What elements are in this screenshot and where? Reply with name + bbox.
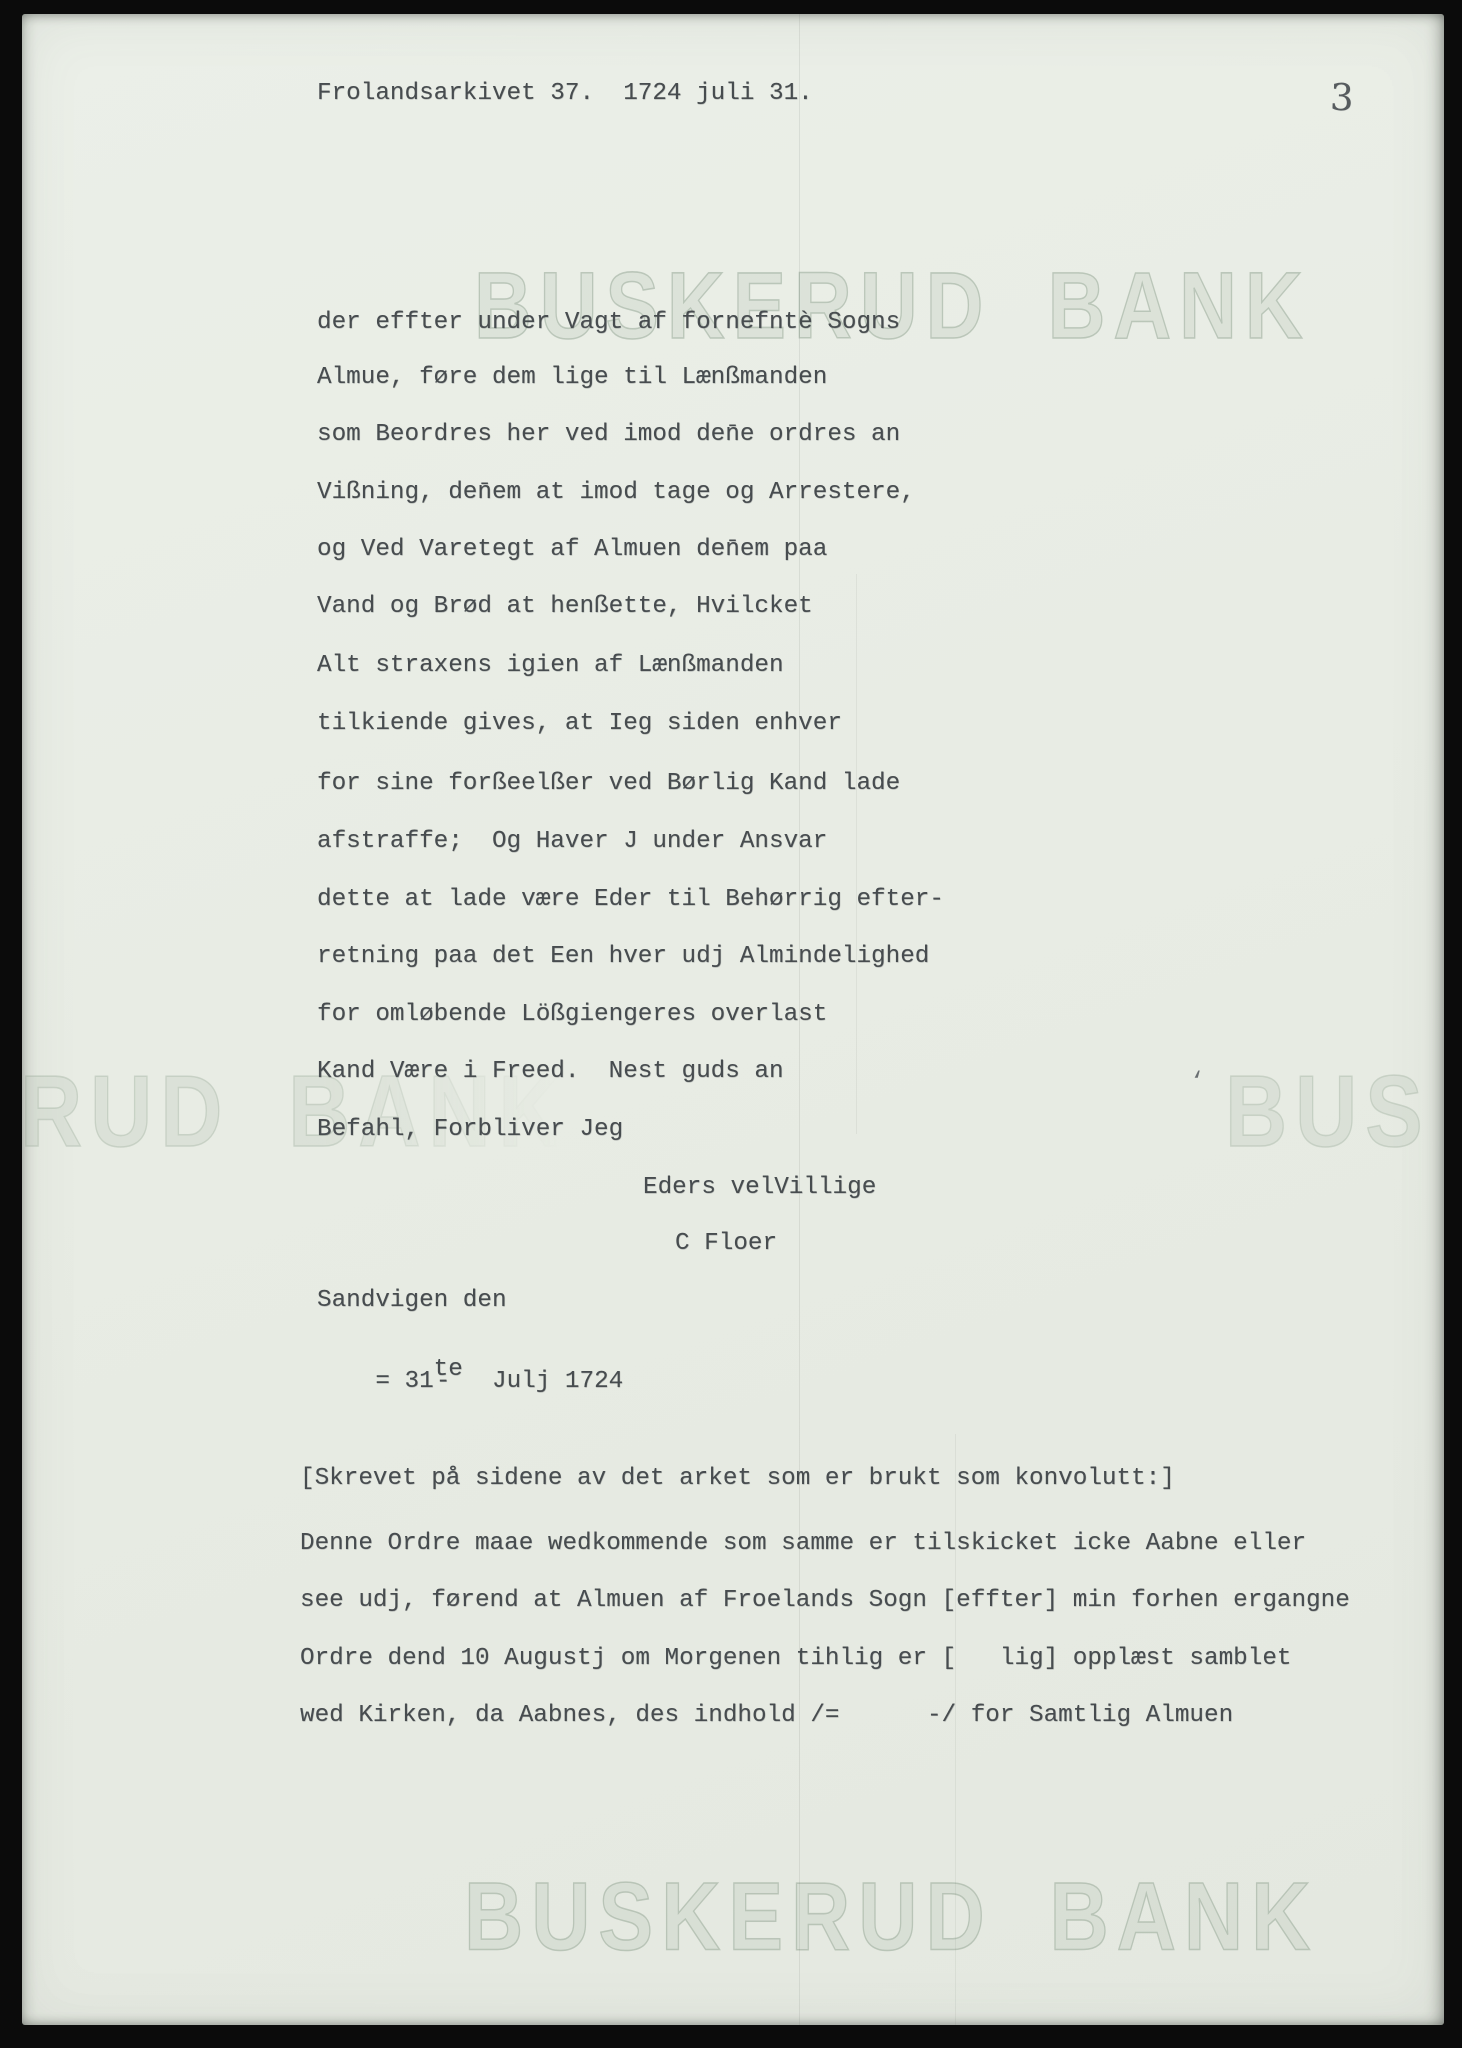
letter-line: Almue, føre dem lige til Lænßmanden bbox=[317, 365, 827, 391]
signoff-line: Eders velVillige bbox=[643, 1175, 876, 1201]
letter-line: Befahl, Forbliver Jeg bbox=[317, 1117, 623, 1143]
place-line: Sandvigen den bbox=[317, 1288, 507, 1314]
page-number: 3 bbox=[1329, 76, 1354, 120]
letter-line: som Beordres her ved imod den̄e ordres a… bbox=[317, 422, 900, 448]
envelope-note-line: see udj, førend at Almuen af Froelands S… bbox=[300, 1588, 1350, 1614]
envelope-note-line: Ordre dend 10 Augustj om Morgenen tihlig… bbox=[300, 1646, 1291, 1672]
date-line: = 31te- Julj 1724 bbox=[317, 1343, 623, 1421]
letter-line: Kand Være i Freed. Nest guds an bbox=[317, 1059, 784, 1085]
watermark-middle-right: BUS bbox=[1225, 1054, 1431, 1171]
scan-border: { "page": { "header": "Frolandsarkivet 3… bbox=[0, 0, 1462, 2048]
letter-line: og Ved Varetegt af Almuen den̄em paa bbox=[317, 537, 827, 563]
date-prefix: = 31 bbox=[375, 1368, 433, 1395]
watermark-bottom: BUSKERUD BANK bbox=[464, 1862, 1318, 1973]
crease-line bbox=[856, 574, 857, 1134]
letter-line: Vißning, den̄em at imod tage og Arrester… bbox=[317, 480, 915, 506]
signature-line: C Floer bbox=[675, 1231, 777, 1257]
envelope-note-line: Denne Ordre maae wedkommende som samme e… bbox=[300, 1531, 1306, 1557]
letter-line: afstraffe; Og Haver J under Ansvar bbox=[317, 829, 827, 855]
editor-note: [Skrevet på sidene av det arket som er b… bbox=[300, 1466, 1175, 1492]
ink-mark: ‘ bbox=[1190, 1069, 1204, 1096]
letter-line: Alt straxens igien af Lænßmanden bbox=[317, 653, 784, 679]
paper: BUSKERUD BANK RUD BANK BUS BUSKERUD BANK… bbox=[22, 14, 1444, 2025]
watermark-top: BUSKERUD BANK bbox=[474, 252, 1311, 361]
envelope-note-line: wed Kirken, da Aabnes, des indhold /= -/… bbox=[300, 1703, 1233, 1729]
page-header: Frolandsarkivet 37. 1724 juli 31. bbox=[317, 81, 813, 107]
date-dash: - bbox=[436, 1368, 451, 1395]
date-rest: Julj 1724 bbox=[477, 1368, 623, 1395]
letter-line: dette at lade være Eder til Behørrig eft… bbox=[317, 887, 944, 913]
letter-line: retning paa det Een hver udj Almindeligh… bbox=[317, 944, 929, 970]
letter-line: for sine forßeelßer ved Børlig Kand lade bbox=[317, 771, 900, 797]
letter-line: Vand og Brød at henßette, Hvilcket bbox=[317, 594, 813, 620]
crease-line bbox=[955, 1434, 956, 2025]
letter-line: tilkiende gives, at Ieg siden enhver bbox=[317, 711, 842, 737]
letter-line: der effter under Vagt af fornefntè Sogns bbox=[317, 310, 900, 336]
letter-line: for omløbende Lößgiengeres overlast bbox=[317, 1002, 827, 1028]
